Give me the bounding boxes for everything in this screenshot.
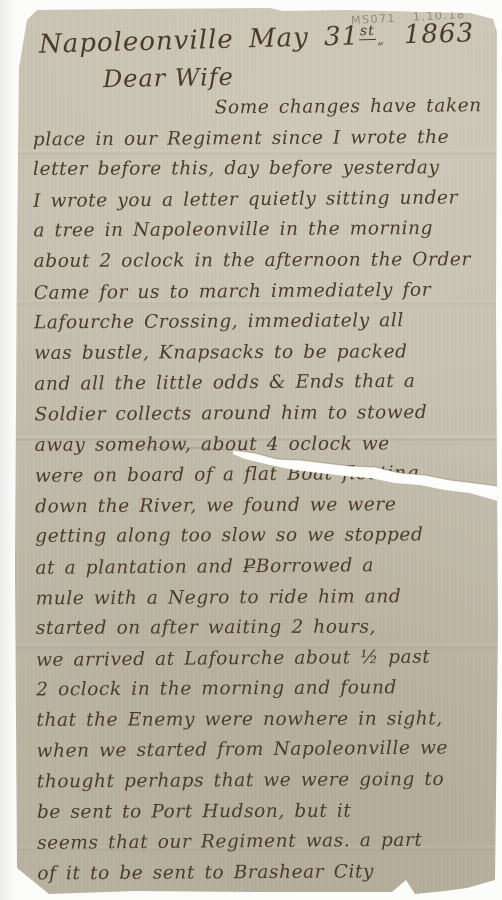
letter-line: were on board of a flat Boat floating: [35, 458, 493, 492]
letter-line: be sent to Port Hudson, but it: [37, 796, 495, 828]
letter-line: Some changes have taken: [33, 91, 491, 125]
letter-line: at a plantation and P̶Borrowed a: [35, 550, 493, 584]
letter-line: started on after waiting 2 hours,: [36, 612, 494, 644]
date-ordinal: st: [359, 23, 376, 40]
letter-line: Soldier collects around him to stowed: [34, 398, 492, 431]
scan-background: MS071 1.10.18 Napoleonville May 31st„ 18…: [0, 0, 502, 900]
letter-line: down the River, we found we were: [35, 489, 493, 522]
date-year: 1863: [403, 18, 474, 50]
letter-line: thought perhaps that we were going to: [37, 765, 495, 798]
letter-line: was bustle, Knapsacks to be packed: [34, 337, 492, 369]
letter-line: about 2 oclock in the afternoon the Orde…: [34, 245, 492, 277]
letter-line: that the Enemy were nowhere in sight,: [36, 704, 494, 736]
letter-line: letter before this, day before yesterday: [33, 153, 491, 185]
letter-line: Lafourche Crossing, immediately all: [34, 306, 492, 339]
letter-line: I wrote you a letter quietly sitting und…: [33, 183, 491, 217]
letter-paper: MS071 1.10.18 Napoleonville May 31st„ 18…: [15, 8, 498, 894]
letter-line: place in our Regiment since I wrote the: [33, 122, 491, 155]
letter-line: when we started from Napoleonville we: [36, 734, 494, 768]
dateline: Napoleonville May 31st„ 1863: [39, 18, 475, 59]
letter-body: Some changes have takenplace in our Regi…: [33, 92, 496, 890]
date-day: May 31: [249, 21, 360, 54]
salutation: Dear Wife: [103, 63, 234, 93]
letter-line: getting along too slow so we stopped: [35, 520, 493, 552]
letter-line: a tree in Napoleonville in the morning: [33, 214, 491, 247]
letter-line: 2 oclock in the morning and found: [36, 673, 494, 706]
date-ditto-mark: „: [377, 33, 385, 48]
letter-line: of it to be sent to Brashear City: [37, 856, 495, 889]
letter-line: away somehow, about 4 oclock we: [35, 429, 493, 461]
letter-line: seems that our Regiment was. a part: [37, 825, 495, 859]
letter-line: mule with a Negro to ride him and: [36, 581, 494, 614]
letter-line: Came for us to march immediately for: [34, 275, 492, 309]
letter-line: and all the little odds & Ends that a: [34, 366, 492, 400]
place-name: Napoleonville: [39, 25, 234, 60]
letter-line: we arrived at Lafourche about ½ past: [36, 642, 494, 676]
